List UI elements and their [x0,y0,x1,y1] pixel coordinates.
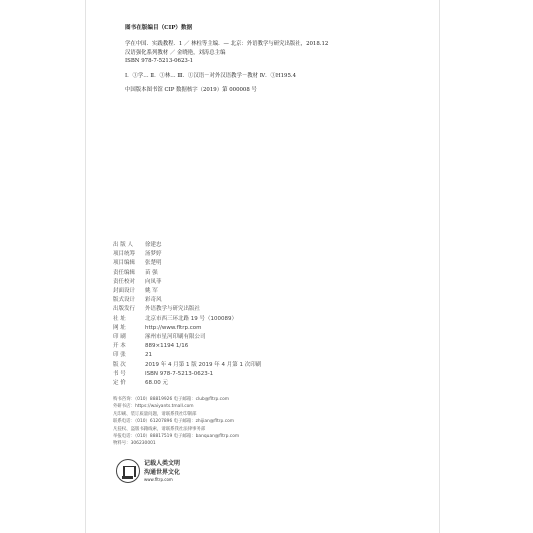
credit-label: 出版发行 [113,305,145,314]
contact-line: 凡印刷、装订质量问题，请联系我社印制部 [113,411,239,418]
credit-label: 定 价 [113,379,145,388]
credit-row: 出版发行外语教学与研究出版社 [113,305,261,314]
credit-label: 出 版 人 [113,241,145,250]
credits-list: 出 版 人徐建忠 项目统筹汤梦婷 项目编辑张楚明 责任编辑苗 强 责任校对向凤菲… [113,241,261,388]
contact-line: 举报电话：（010）88817519 电子邮箱：banquan@fltrp.co… [113,433,239,440]
credit-label: 社 址 [113,315,145,324]
credit-label: 书 号 [113,370,145,379]
credit-value: 2019 年 4 月第 1 版 2019 年 4 月第 1 次印刷 [145,361,261,370]
credit-row: 印 张21 [113,351,261,360]
credit-value: 北京市西三环北路 19 号（100089） [145,315,237,324]
cip-title: 图书在版编目（CIP）数据 [125,24,328,32]
credit-label: 网 址 [113,324,145,333]
credit-value: 彩奇风 [145,296,162,305]
credit-row: 网 址http://www.fltrp.com [113,324,261,333]
publisher-emblem-icon [116,459,140,483]
credit-row: 封面设计姚 军 [113,287,261,296]
cip-line: ISBN 978-7-5213-0623-1 [125,57,328,66]
publisher-logo: 记载人类文明 沟通世界文化 www.fltrp.com [116,459,180,483]
credit-label: 项目统筹 [113,250,145,259]
contact-line: 物料号：306230001 [113,440,239,447]
credit-value: 姚 军 [145,287,158,296]
cip-classification: Ⅰ．①学… Ⅱ．①林… Ⅲ．①汉语－对外汉语教学－教材 Ⅳ．①H195.4 [125,72,328,81]
credit-row: 版 次2019 年 4 月第 1 版 2019 年 4 月第 1 次印刷 [113,361,261,370]
credit-label: 责任校对 [113,278,145,287]
credit-row: 项目统筹汤梦婷 [113,250,261,259]
credit-value: 张楚明 [145,259,162,268]
credit-value: 汤梦婷 [145,250,162,259]
credit-value: 向凤菲 [145,278,162,287]
cip-data-block: 图书在版编目（CIP）数据 学在中国．实践教程．1 ／ 林柱等主编．— 北京：外… [125,24,328,95]
publisher-slogan: 记载人类文明 沟通世界文化 www.fltrp.com [144,459,180,483]
credit-label: 封面设计 [113,287,145,296]
credit-label: 开 本 [113,342,145,351]
website-link: http://www.fltrp.com [145,324,201,333]
slogan-url: www.fltrp.com [144,477,180,483]
cip-line: 学在中国．实践教程．1 ／ 林柱等主编．— 北京：外语教学与研究出版社，2018… [125,40,328,49]
credit-label: 印 张 [113,351,145,360]
credit-row: 出 版 人徐建忠 [113,241,261,250]
contact-line: 凡侵权、盗版书籍线索，请联系我社法律事务部 [113,426,239,433]
contact-info: 购书咨询：（010）88819926 电子邮箱：club@fltrp.com 外… [113,396,239,448]
credit-row: 定 价68.00 元 [113,379,261,388]
credit-value: 21 [145,351,152,360]
credit-row: 责任校对向凤菲 [113,278,261,287]
credit-label: 项目编辑 [113,259,145,268]
credit-row: 版式设计彩奇风 [113,296,261,305]
credit-row: 印 刷涿州市星河印刷有限公司 [113,333,261,342]
cip-record-number: 中国版本图书馆 CIP 数据核字（2019）第 000008 号 [125,86,328,95]
credit-label: 印 刷 [113,333,145,342]
credit-value: ISBN 978-7-5213-0623-1 [145,370,213,379]
contact-line: 外研书店：https://waiyants.tmall.com [113,403,239,410]
credit-value: 涿州市星河印刷有限公司 [145,333,206,342]
contact-line: 联系电话：（010）61207896 电子邮箱：zhijian@fltrp.co… [113,418,239,425]
credit-row: 社 址北京市西三环北路 19 号（100089） [113,315,261,324]
credit-label: 责任编辑 [113,269,145,278]
credit-row: 开 本889×1194 1/16 [113,342,261,351]
credit-label: 版 次 [113,361,145,370]
price-value: 68.00 元 [145,379,168,388]
credit-value: 889×1194 1/16 [145,342,188,351]
credit-row: 书 号ISBN 978-7-5213-0623-1 [113,370,261,379]
credit-row: 责任编辑苗 强 [113,269,261,278]
contact-line: 购书咨询：（010）88819926 电子邮箱：club@fltrp.com [113,396,239,403]
credit-row: 项目编辑张楚明 [113,259,261,268]
credit-value: 徐建忠 [145,241,162,250]
credit-value: 苗 强 [145,269,158,278]
slogan-line-2: 沟通世界文化 [144,468,180,477]
cip-line: 汉语强化系列教材 ／ 金晓艳，刘涛总主编 [125,49,328,58]
credit-label: 版式设计 [113,296,145,305]
slogan-line-1: 记载人类文明 [144,459,180,468]
credit-value: 外语教学与研究出版社 [145,305,200,314]
